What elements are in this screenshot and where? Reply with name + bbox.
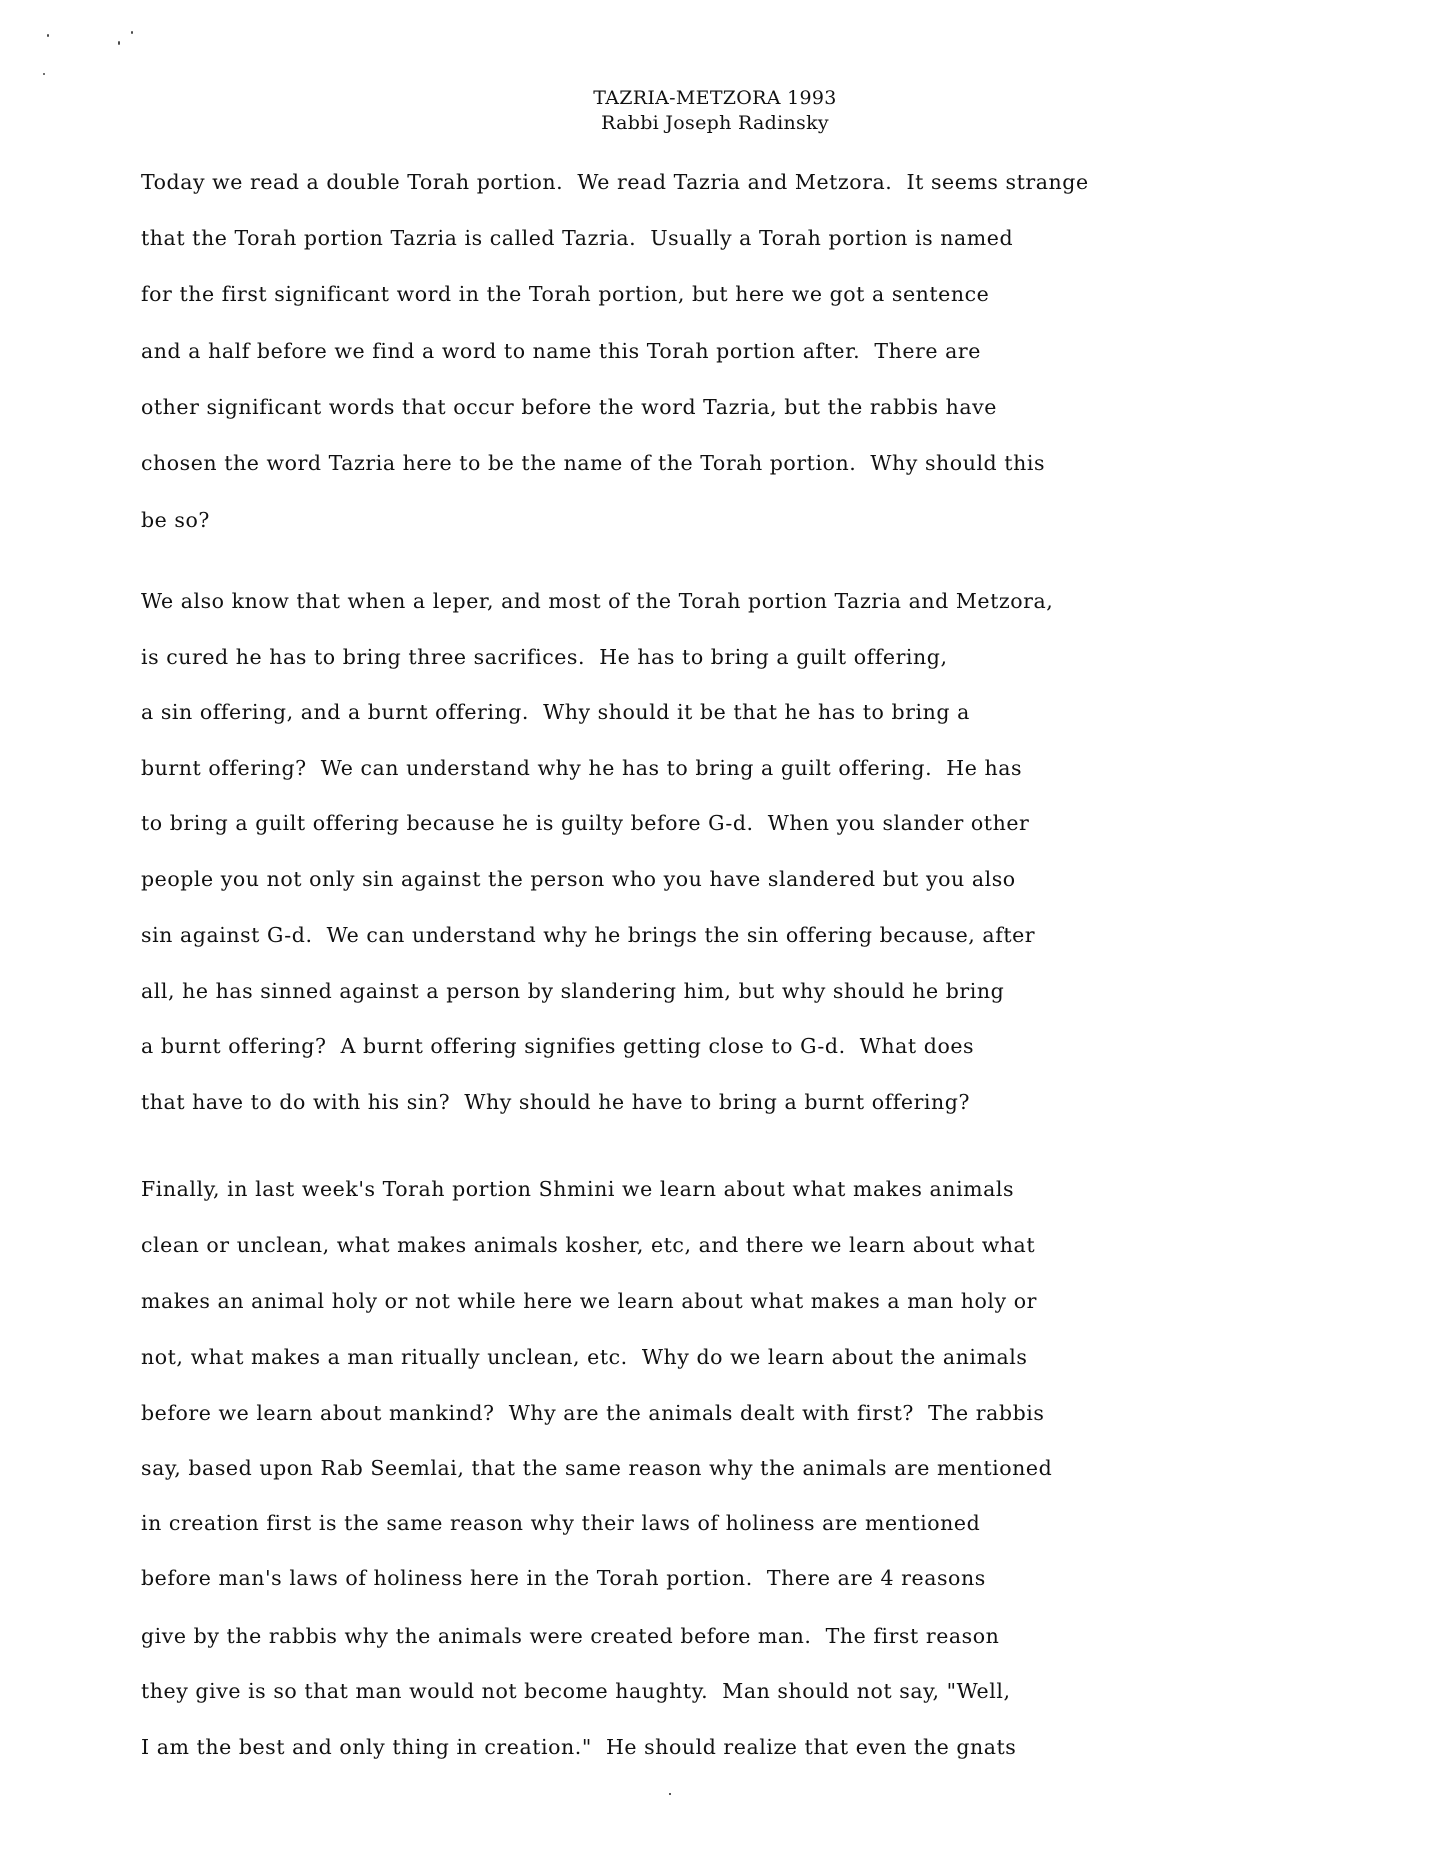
text-line: Finally, in last week's Torah portion Sh… — [141, 1177, 1014, 1201]
text-line: I am the best and only thing in creation… — [141, 1735, 1016, 1759]
scan-speck — [118, 41, 120, 45]
text-line: sin against G-d. We can understand why h… — [141, 923, 1035, 947]
text-line: a burnt offering? A burnt offering signi… — [141, 1034, 974, 1058]
text-line: say, based upon Rab Seemlai, that the sa… — [141, 1456, 1052, 1480]
text-line: a sin offering, and a burnt offering. Wh… — [141, 700, 970, 724]
scan-speck — [47, 34, 49, 37]
scan-speck — [131, 31, 133, 34]
text-line: and a half before we find a word to name… — [141, 339, 981, 363]
text-line: Today we read a double Torah portion. We… — [141, 170, 1089, 194]
text-line: they give is so that man would not becom… — [141, 1679, 1011, 1703]
text-line: that have to do with his sin? Why should… — [141, 1090, 970, 1114]
document-page: TAZRIA-METZORA 1993 Rabbi Joseph Radinsk… — [0, 0, 1430, 1851]
text-line: before man's laws of holiness here in th… — [141, 1566, 986, 1590]
text-line: not, what makes a man ritually unclean, … — [141, 1345, 1027, 1369]
text-line: makes an animal holy or not while here w… — [141, 1289, 1037, 1313]
document-header: TAZRIA-METZORA 1993 Rabbi Joseph Radinsk… — [0, 86, 1430, 136]
text-line: in creation first is the same reason why… — [141, 1511, 980, 1535]
page-footer-mark — [669, 1793, 671, 1795]
text-line: is cured he has to bring three sacrifice… — [141, 645, 948, 669]
text-line: for the first significant word in the To… — [141, 282, 989, 306]
text-line: be so? — [141, 508, 210, 532]
scan-speck — [43, 73, 45, 75]
text-line: people you not only sin against the pers… — [141, 867, 1016, 891]
document-title: TAZRIA-METZORA 1993 — [0, 86, 1430, 111]
text-line: give by the rabbis why the animals were … — [141, 1624, 999, 1648]
text-line: before we learn about mankind? Why are t… — [141, 1401, 1044, 1425]
text-line: that the Torah portion Tazria is called … — [141, 226, 1013, 250]
text-line: to bring a guilt offering because he is … — [141, 811, 1029, 835]
text-line: We also know that when a leper, and most… — [141, 589, 1053, 613]
text-line: other significant words that occur befor… — [141, 395, 997, 419]
text-line: chosen the word Tazria here to be the na… — [141, 451, 1045, 475]
document-author: Rabbi Joseph Radinsky — [0, 111, 1430, 136]
text-line: burnt offering? We can understand why he… — [141, 756, 1022, 780]
text-line: clean or unclean, what makes animals kos… — [141, 1233, 1035, 1257]
text-line: all, he has sinned against a person by s… — [141, 979, 1004, 1003]
